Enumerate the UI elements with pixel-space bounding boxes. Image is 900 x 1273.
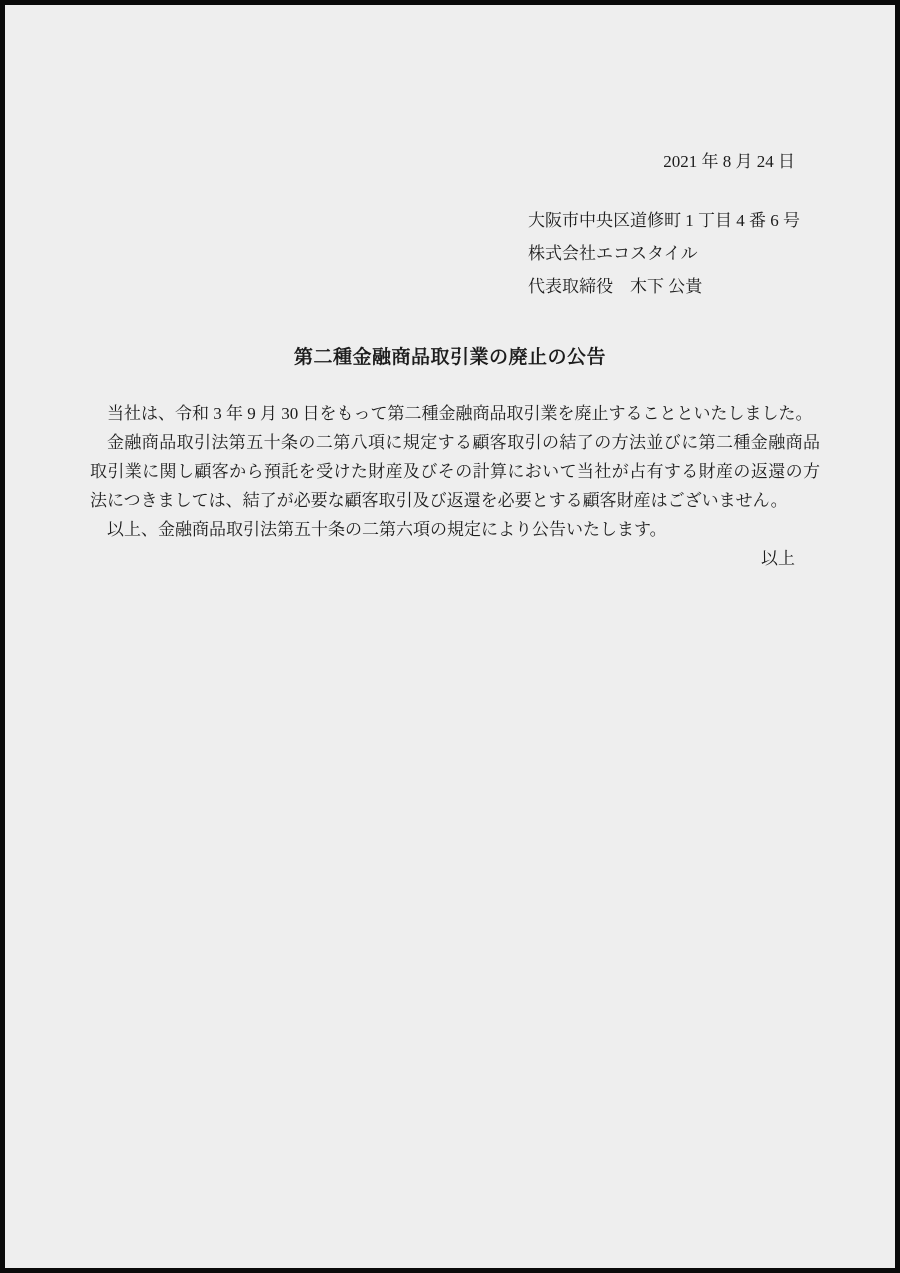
document-date: 2021 年 8 月 24 日 [5, 150, 895, 174]
notice-body: 当社は、令和 3 年 9 月 30 日をもって第二種金融商品取引業を廃止すること… [5, 399, 895, 544]
sender-representative: 代表取締役 木下 公貴 [528, 270, 895, 303]
sender-address: 大阪市中央区道修町 1 丁目 4 番 6 号 [528, 204, 895, 237]
sender-company: 株式会社エコスタイル [528, 237, 895, 270]
body-paragraph: 金融商品取引法第五十条の二第八項に規定する顧客取引の結了の方法並びに第二種金融商… [90, 428, 820, 515]
body-paragraph: 以上、金融商品取引法第五十条の二第六項の規定により公告いたします。 [90, 515, 820, 544]
body-paragraph: 当社は、令和 3 年 9 月 30 日をもって第二種金融商品取引業を廃止すること… [90, 399, 820, 428]
sender-block: 大阪市中央区道修町 1 丁目 4 番 6 号 株式会社エコスタイル 代表取締役 … [528, 204, 895, 303]
closing-mark: 以上 [5, 544, 895, 573]
notice-title: 第二種金融商品取引業の廃止の公告 [5, 345, 895, 371]
notice-document-page: 2021 年 8 月 24 日 大阪市中央区道修町 1 丁目 4 番 6 号 株… [0, 0, 900, 1273]
